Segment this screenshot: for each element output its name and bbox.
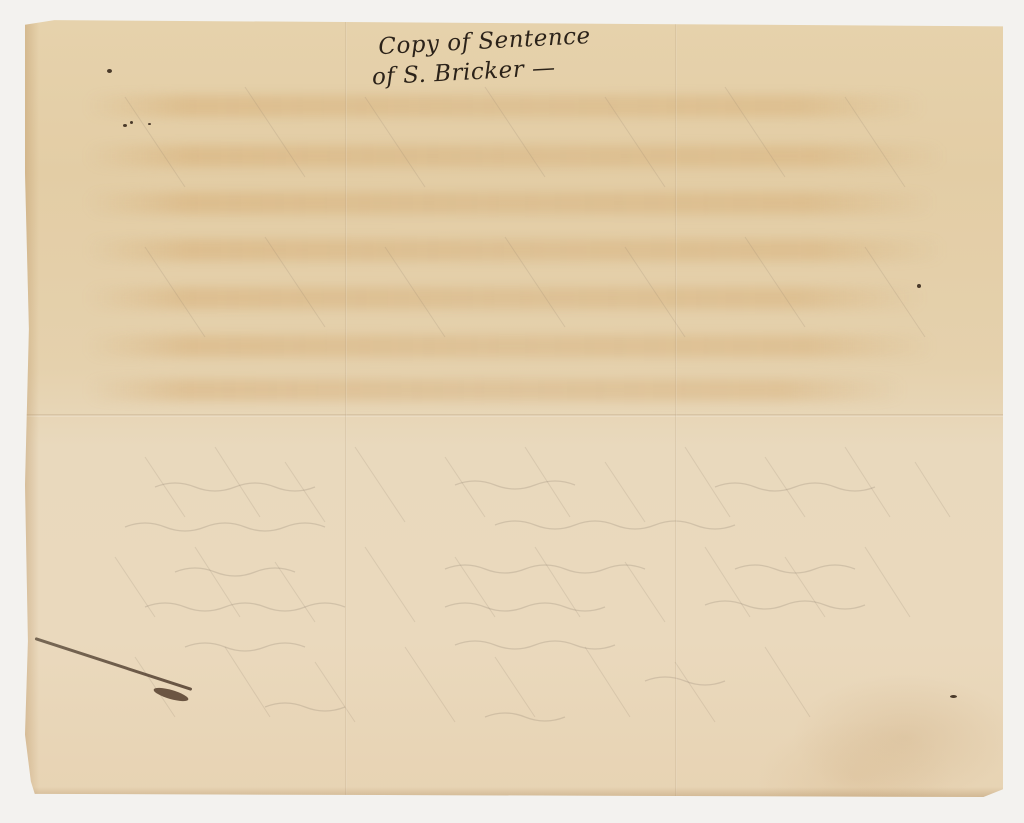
scan-background: Copy of Sentence of S. Bricker — <box>0 0 1024 823</box>
stain-band <box>85 192 935 214</box>
bleed-through-writing <box>25 17 1003 797</box>
stain-band <box>85 287 925 309</box>
stain-band <box>85 335 935 357</box>
ink-spot <box>130 121 133 124</box>
ink-spot <box>950 695 957 698</box>
paper-edge-bottom <box>25 787 1003 797</box>
stain-band <box>85 239 945 261</box>
vertical-fold-line <box>675 17 677 797</box>
ink-spot <box>148 123 151 125</box>
stain-band <box>85 95 925 117</box>
ink-spot <box>917 284 921 288</box>
vertical-fold-line <box>345 17 347 797</box>
docket-inscription: Copy of Sentence of S. Bricker — <box>364 17 667 93</box>
ink-spot <box>123 124 127 127</box>
horizontal-fold-line <box>25 414 1003 417</box>
ink-spot <box>107 69 112 73</box>
manuscript-page: Copy of Sentence of S. Bricker — <box>25 17 1003 797</box>
ink-streak <box>35 637 193 691</box>
stain-band <box>85 145 945 167</box>
paper-edge-left <box>25 17 39 797</box>
stain-band <box>85 379 905 401</box>
